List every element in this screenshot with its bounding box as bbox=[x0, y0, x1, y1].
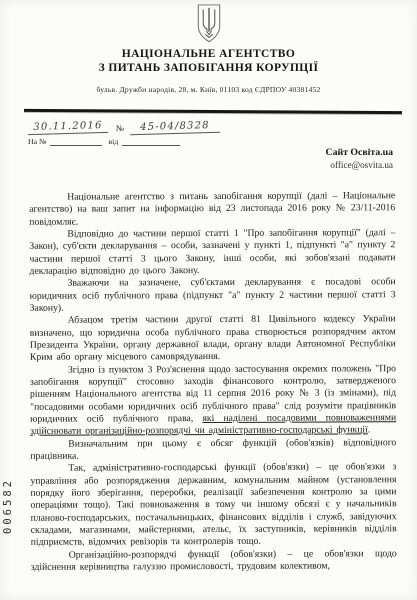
paragraph-clarification: Згідно із пунктом 3 Роз'яснення щодо зас… bbox=[30, 363, 396, 439]
paragraph-clarification-end: . bbox=[368, 425, 370, 436]
handwritten-date: 30.11.2016 bbox=[28, 120, 108, 135]
recipient-name: Сайт Освіта.ua bbox=[326, 147, 394, 158]
paragraph-org-functions: Організаційно-розпорядчі функції (обов'я… bbox=[31, 548, 397, 574]
reply-date-blank bbox=[122, 137, 180, 146]
paragraph-scope: Визначальним при цьому є обсяг функцій (… bbox=[30, 437, 396, 463]
reply-to-label: На № bbox=[28, 137, 46, 146]
outgoing-reference-line: 30.11.2016 № 45-04/8328 bbox=[28, 121, 238, 134]
number-sign: № bbox=[116, 123, 124, 134]
inventory-stamp-number: 006582 bbox=[2, 470, 16, 542]
paragraph-law-article1: Відповідно до частини першої статті 1 "П… bbox=[29, 227, 395, 278]
paragraph-admin-functions: Так, адміністративно-господарські функці… bbox=[30, 461, 396, 549]
recipient-email: office@osvita.ua bbox=[326, 160, 394, 170]
scanned-letter-page: НАЦІОНАЛЬНЕ АГЕНТСТВО З ПИТАНЬ ЗАПОБІГАН… bbox=[0, 0, 417, 600]
org-name: НАЦІОНАЛЬНЕ АГЕНТСТВО З ПИТАНЬ ЗАПОБІГАН… bbox=[0, 47, 417, 75]
org-name-line2: З ПИТАНЬ ЗАПОБІГАННЯ КОРУПЦІЇ bbox=[0, 61, 417, 75]
reply-from-label: від bbox=[108, 137, 118, 146]
ukraine-coat-of-arms-icon bbox=[192, 3, 225, 49]
recipient-block: Сайт Освіта.ua office@osvita.ua bbox=[326, 147, 394, 170]
paragraph-civil-code: Абзацом третім частини другої статті 81 … bbox=[30, 313, 396, 364]
handwritten-outgoing-number: 45-04/8328 bbox=[130, 120, 220, 136]
paragraph-declarants: Зважаючи на зазначене, суб'єктами деклар… bbox=[30, 276, 396, 315]
org-name-line1: НАЦІОНАЛЬНЕ АГЕНТСТВО bbox=[0, 47, 417, 61]
reference-block: 30.11.2016 № 45-04/8328 На № від bbox=[28, 121, 238, 146]
incoming-reference-line: На № від bbox=[28, 137, 238, 146]
org-address: бульв. Дружби народів, 28, м. Київ, 0110… bbox=[0, 85, 417, 94]
letter-body: Національне агентство з питань запобіган… bbox=[29, 190, 397, 574]
header-divider bbox=[24, 109, 402, 114]
reply-number-blank bbox=[50, 137, 102, 146]
paragraph-intro: Національне агентство з питань запобіган… bbox=[29, 190, 395, 229]
